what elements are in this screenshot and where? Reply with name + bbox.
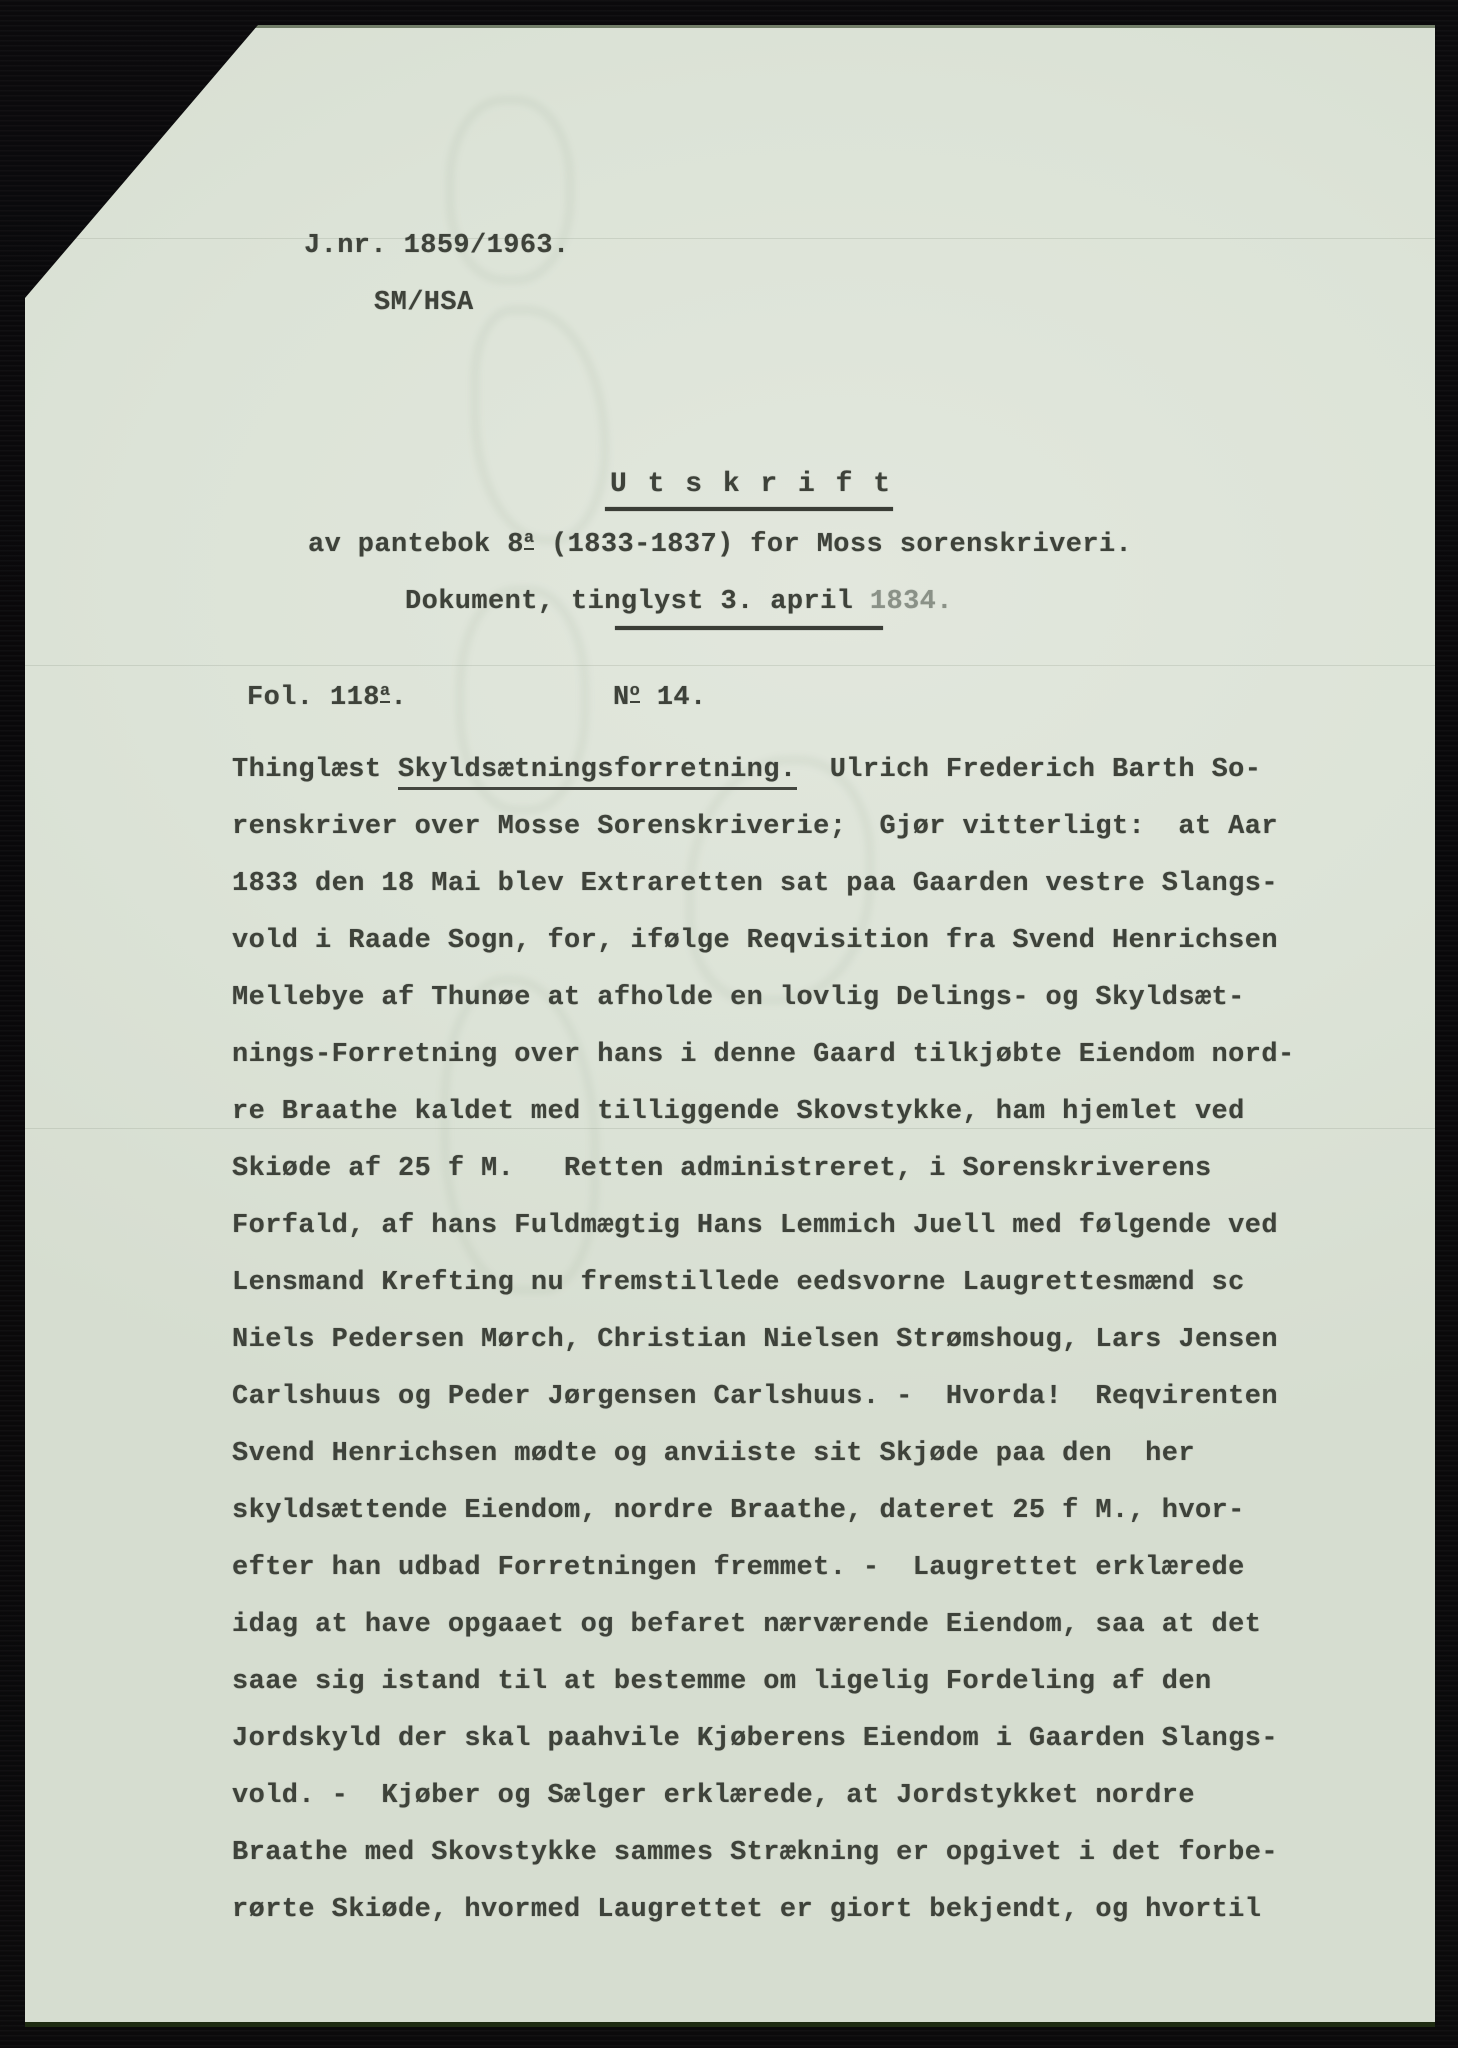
first-line-post: Ulrich Frederich Barth So-	[797, 755, 1262, 785]
source-line-post: (1833-1837) for Moss sorenskriveri.	[534, 530, 1132, 560]
body-line: rørte Skiøde, hvormed Laugrettet er gior…	[232, 1882, 1332, 1939]
folio-pre: Fol. 118	[247, 683, 380, 713]
document-page: J.nr. 1859/1963. SM/HSA U t s k r i f t …	[25, 25, 1435, 2027]
title-underline	[605, 507, 893, 511]
body-line: vold i Raade Sogn, for, ifølge Reqvisiti…	[232, 913, 1332, 970]
body-line: Niels Pedersen Mørch, Christian Nielsen …	[232, 1312, 1332, 1369]
source-line: av pantebok 8a (1833-1837) for Moss sore…	[308, 530, 1132, 560]
folio-superscript: a	[380, 682, 391, 703]
body-line: 1833 den 18 Mai blev Extraretten sat paa…	[232, 856, 1332, 913]
body-line: Carlshuus og Peder Jørgensen Carlshuus. …	[232, 1369, 1332, 1426]
scan-artifact-line	[25, 238, 1435, 239]
reference-initials: SM/HSA	[374, 288, 474, 318]
body-line: vold. - Kjøber og Sælger erklærede, at J…	[232, 1768, 1332, 1825]
body-line: renskriver over Mosse Sorenskriverie; Gj…	[232, 799, 1332, 856]
body-line: Braathe med Skovstykke sammes Strækning …	[232, 1825, 1332, 1882]
body-line: Lensmand Krefting nu fremstillede eedsvo…	[232, 1255, 1332, 1312]
body-line: idag at have opgaaet og befaret nærværen…	[232, 1597, 1332, 1654]
body-line: saae sig istand til at bestemme om ligel…	[232, 1654, 1332, 1711]
document-title: U t s k r i f t	[610, 469, 892, 500]
body-line: skyldsættende Eiendom, nordre Braathe, d…	[232, 1483, 1332, 1540]
registration-underline	[615, 626, 883, 630]
source-line-pre: av pantebok 8	[308, 530, 524, 560]
folio-post: .	[390, 683, 407, 713]
registration-line-text: Dokument, tinglyst 3. april	[405, 587, 870, 617]
scan-background: J.nr. 1859/1963. SM/HSA U t s k r i f t …	[0, 0, 1458, 2048]
source-line-superscript: a	[524, 529, 535, 550]
case-number-post: 14.	[640, 683, 706, 713]
body-line: Forfald, af hans Fuldmægtig Hans Lemmich…	[232, 1198, 1332, 1255]
journal-number: J.nr. 1859/1963.	[304, 231, 570, 261]
body-line: Mellebye af Thunøe at afholde en lovlig …	[232, 970, 1332, 1027]
body-line: efter han udbad Forretningen fremmet. - …	[232, 1540, 1332, 1597]
scan-artifact-line	[25, 665, 1435, 666]
body-line: Jordskyld der skal paahvile Kjøberens Ei…	[232, 1711, 1332, 1768]
case-number-superscript: o	[630, 682, 641, 703]
body-line: Svend Henrichsen mødte og anviiste sit S…	[232, 1426, 1332, 1483]
body-line: re Braathe kaldet med tilliggende Skovst…	[232, 1084, 1332, 1141]
first-line-pre: Thinglæst	[232, 755, 398, 785]
body-line: Skiøde af 25 f M. Retten administreret, …	[232, 1141, 1332, 1198]
body-text: Thinglæst Skyldsætningsforretning. Ulric…	[232, 742, 1332, 1939]
case-number: No 14.	[613, 683, 707, 713]
registration-line: Dokument, tinglyst 3. april 1834.	[405, 587, 953, 617]
body-line: nings-Forretning over hans i denne Gaard…	[232, 1027, 1332, 1084]
case-number-pre: N	[613, 683, 630, 713]
registration-year: 1834.	[870, 587, 953, 617]
bleed-through-mark	[470, 305, 610, 545]
folio-reference: Fol. 118a.	[247, 683, 407, 713]
first-line-underlined-term: Skyldsætningsforretning.	[398, 755, 796, 790]
body-line-first: Thinglæst Skyldsætningsforretning. Ulric…	[232, 742, 1332, 799]
